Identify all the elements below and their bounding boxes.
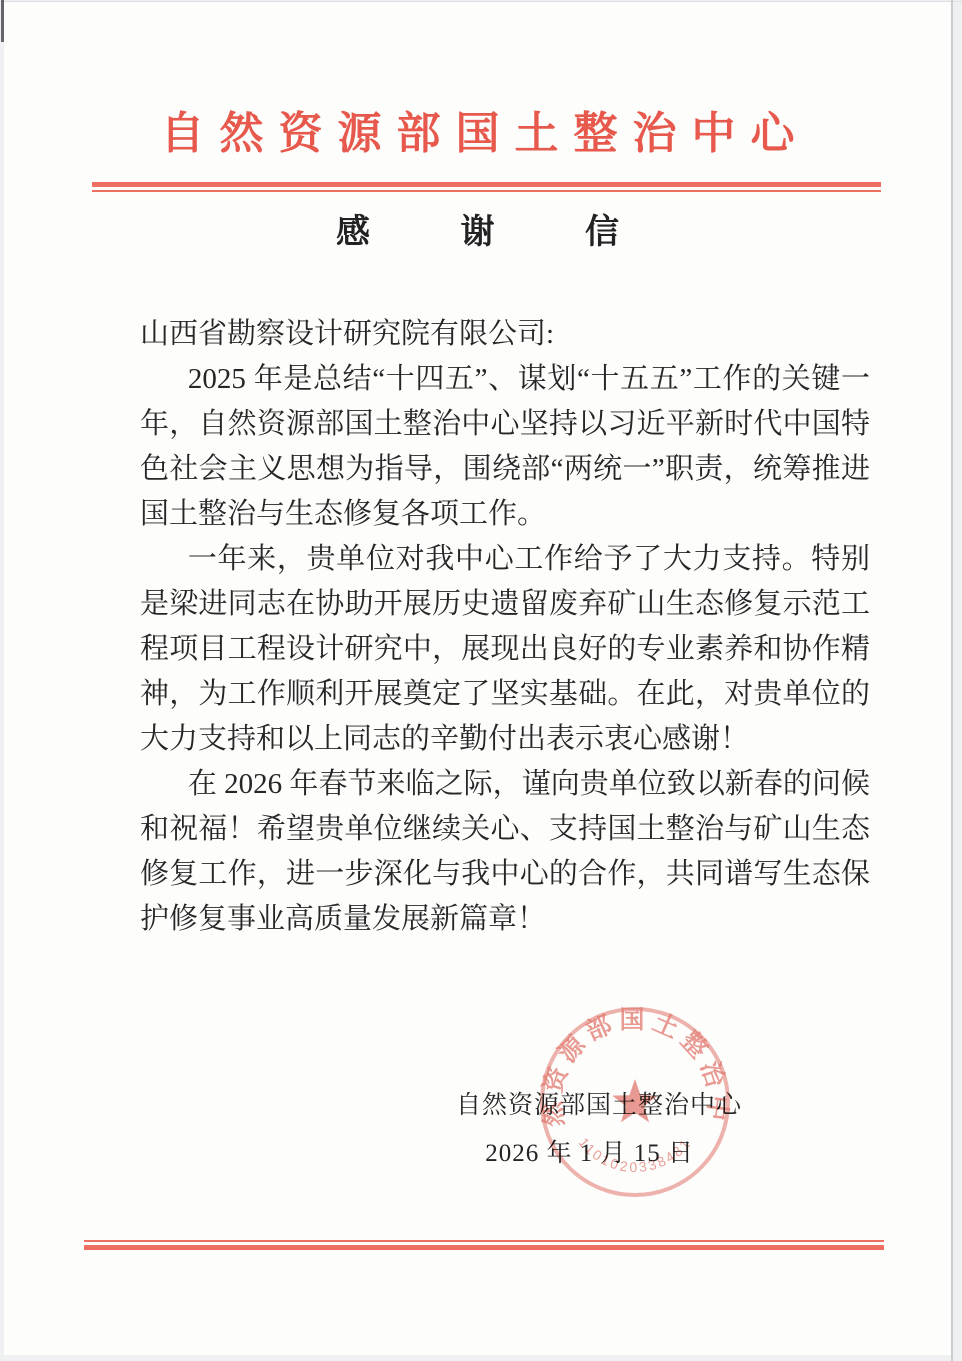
- body-paragraph: 一年来，贵单位对我中心工作给予了大力支持。特别是梁进同志在协助开展历史遗留废弃矿…: [140, 537, 870, 762]
- salutation: 山西省勘察设计研究院有限公司:: [140, 312, 870, 357]
- scan-edge-right: [951, 0, 953, 1361]
- letter-page: 自然资源部国土整治中心 感 谢 信 山西省勘察设计研究院有限公司: 2025 年…: [4, 2, 951, 1355]
- body-paragraph: 在 2026 年春节来临之际，谨向贵单位致以新春的问候和祝福！希望贵单位继续关心…: [140, 762, 870, 942]
- document-title: 感 谢 信: [4, 216, 951, 250]
- scanned-letter: 自然资源部国土整治中心 感 谢 信 山西省勘察设计研究院有限公司: 2025 年…: [0, 0, 962, 1361]
- body-paragraph: 2025 年是总结“十四五”、谋划“十五五”工作的关键一年，自然资源部国土整治中…: [140, 357, 870, 537]
- scan-corner-mark: [1, 0, 4, 42]
- footer-rule-thick: [84, 1245, 884, 1250]
- letter-body: 山西省勘察设计研究院有限公司: 2025 年是总结“十四五”、谋划“十五五”工作…: [140, 312, 870, 942]
- scan-edge-top: [0, 1, 962, 2]
- letterhead-title: 自然资源部国土整治中心: [4, 112, 951, 156]
- header-rule-thin: [92, 190, 881, 192]
- signature-org: 自然资源部国土整治中心: [456, 1085, 742, 1121]
- signature-date: 2026 年 1 月 15 日: [485, 1133, 694, 1169]
- footer-double-rule: [84, 1240, 884, 1250]
- header-double-rule: [92, 182, 881, 192]
